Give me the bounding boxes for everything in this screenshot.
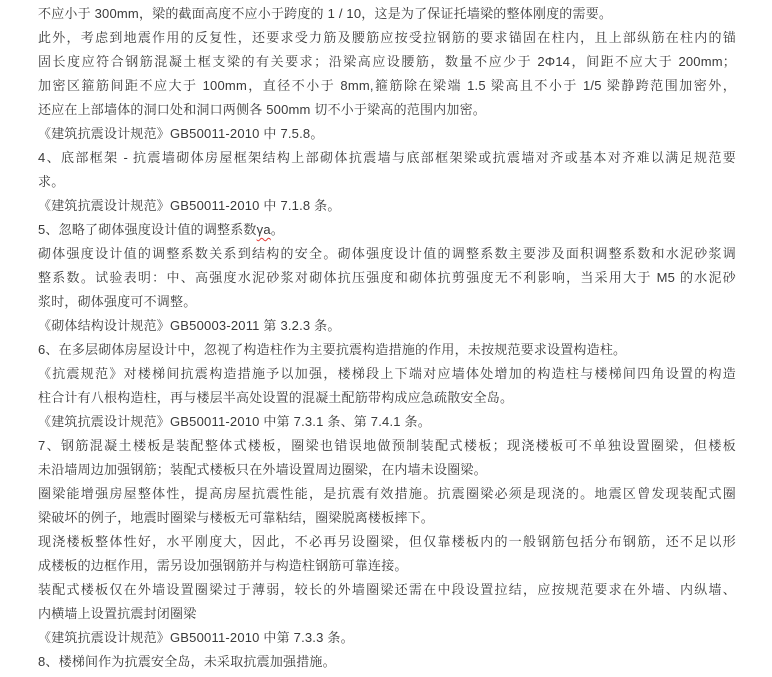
spellcheck-after-text: 。 <box>271 222 284 237</box>
text-line: 装配式楼板仅在外墙设置圈梁过于薄弱，较长的外墙圈梁还需在中段设置拉结，应按规范要… <box>38 578 736 602</box>
numbered-item-line: 4、底部框架 - 抗震墙砌体房屋框架结构上部砌体抗震墙与底部框架梁或抗震墙对齐或… <box>38 146 736 170</box>
text-line: 现浇楼板整体性好，水平刚度大，因此，不必再另设圈梁，但仅靠楼板内的一般钢筋包括分… <box>38 530 736 554</box>
numbered-item-line: 8、楼梯间作为抗震安全岛，未采取抗震加强措施。 <box>38 650 736 674</box>
text-line: 砌体强度设计值的调整系数关系到结构的安全。砌体强度设计值的调整系数主要涉及面积调… <box>38 242 736 266</box>
text-line: 未沿墙周边加强钢筋；装配式楼板只在外墙设置周边圈梁，在内墙未设圈梁。 <box>38 458 736 482</box>
text-line: 内横墙上设置抗震封闭圈梁 <box>38 602 736 626</box>
text-line: 柱合计有八根构造柱，再与楼层半高处设置的混凝土配筋带构成应急疏散安全岛。 <box>38 386 736 410</box>
spellcheck-marked-word: γa <box>257 222 271 237</box>
code-reference-line: 《建筑抗震设计规范》GB50011-2010 中第 7.3.1 条、第 7.4.… <box>38 410 736 434</box>
numbered-item-line: 7、钢筋混凝土楼板是装配整体式楼板，圈梁也错误地做预制装配式楼板；现浇楼板可不单… <box>38 434 736 458</box>
text-line: 《抗震规范》对楼梯间抗震构造措施予以加强，楼梯段上下端对应墙体处增加的构造柱与楼… <box>38 362 736 386</box>
text-line: 浆时，砌体强度可不调整。 <box>38 290 736 314</box>
text-line: 梁破坏的例子，地震时圈梁与楼板无可靠粘结，圈梁脱离楼板摔下。 <box>38 506 736 530</box>
numbered-item-line-with-spellcheck: 5、忽略了砌体强度设计值的调整系数γa。 <box>38 218 736 242</box>
text-line: 加密区箍筋间距不应大于 100mm，直径不小于 8mm,箍筋除在梁端 1.5 梁… <box>38 74 736 98</box>
text-line: 此外，考虑到地震作用的反复性，还要求受力筋及腰筋应按受拉钢筋的要求锚固在柱内，且… <box>38 26 736 50</box>
spellcheck-before-text: 5、忽略了砌体强度设计值的调整系数 <box>38 222 257 237</box>
code-reference-line: 《建筑抗震设计规范》GB50011-2010 中 7.1.8 条。 <box>38 194 736 218</box>
numbered-item-line: 6、在多层砌体房屋设计中，忽视了构造柱作为主要抗震构造措施的作用，未按规范要求设… <box>38 338 736 362</box>
text-line: 整系数。试验表明：中、高强度水泥砂浆对砌体抗压强度和砌体抗剪强度无不利影响，当采… <box>38 266 736 290</box>
text-line: 固长度应符合钢筋混凝土框支梁的有关要求；沿梁高应设腰筋，数量不应少于 2Φ14，… <box>38 50 736 74</box>
text-line: 求。 <box>38 170 736 194</box>
text-line: 圈梁能增强房屋整体性，提高房屋抗震性能，是抗震有效措施。抗震圈梁必须是现浇的。地… <box>38 482 736 506</box>
text-line: 成楼板的边框作用，需另设加强钢筋并与构造柱钢筋可靠连接。 <box>38 554 736 578</box>
code-reference-line: 《建筑抗震设计规范》GB50011-2010 中第 7.3.3 条。 <box>38 626 736 650</box>
code-reference-line: 《建筑抗震设计规范》GB50011-2010 中 7.5.8。 <box>38 122 736 146</box>
document-page: 不应小于 300mm，梁的截面高度不应小于跨度的 1 / 10，这是为了保证托墙… <box>0 0 772 677</box>
text-line: 不应小于 300mm，梁的截面高度不应小于跨度的 1 / 10，这是为了保证托墙… <box>38 2 736 26</box>
text-line: 还应在上部墙体的洞口处和洞口两侧各 500mm 切不小于梁高的范围内加密。 <box>38 98 736 122</box>
code-reference-line: 《砌体结构设计规范》GB50003-2011 第 3.2.3 条。 <box>38 314 736 338</box>
